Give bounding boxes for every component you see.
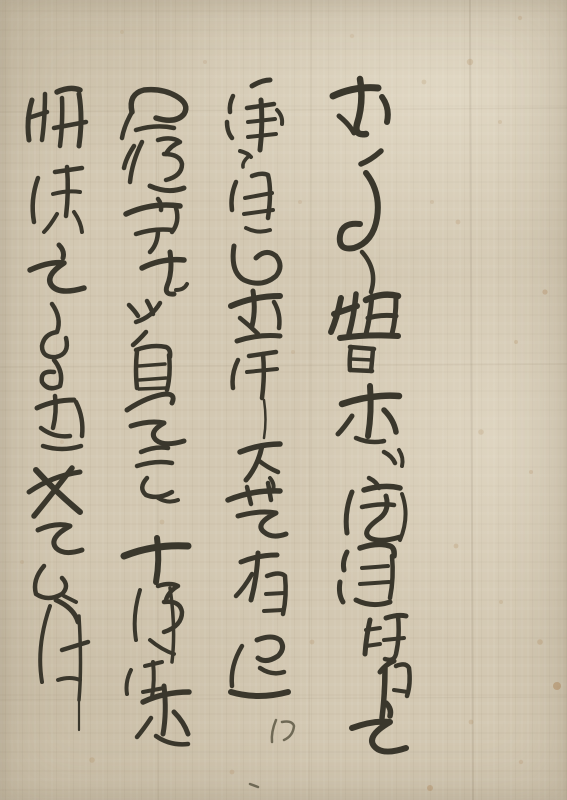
text-column-4: 聊疎意有間敷候也仍如件 <box>28 88 88 730</box>
manuscript-artwork: をらんた船日本ニ渡海之時何之 <box>0 0 567 800</box>
foxing-spots <box>20 16 561 791</box>
text-column-3: 向後可守之自然急度彼往来 <box>122 90 189 745</box>
manuscript-page: Approximate reading of the four brush-wr… <box>0 0 567 800</box>
text-column-1: をらんた船日本ニ渡海之時何之 <box>331 79 410 752</box>
text-column-2: 浦々ニ着岸仕共不苦相違候 <box>227 80 294 787</box>
calligraphy: をらんた船日本ニ渡海之時何之 <box>28 79 410 787</box>
